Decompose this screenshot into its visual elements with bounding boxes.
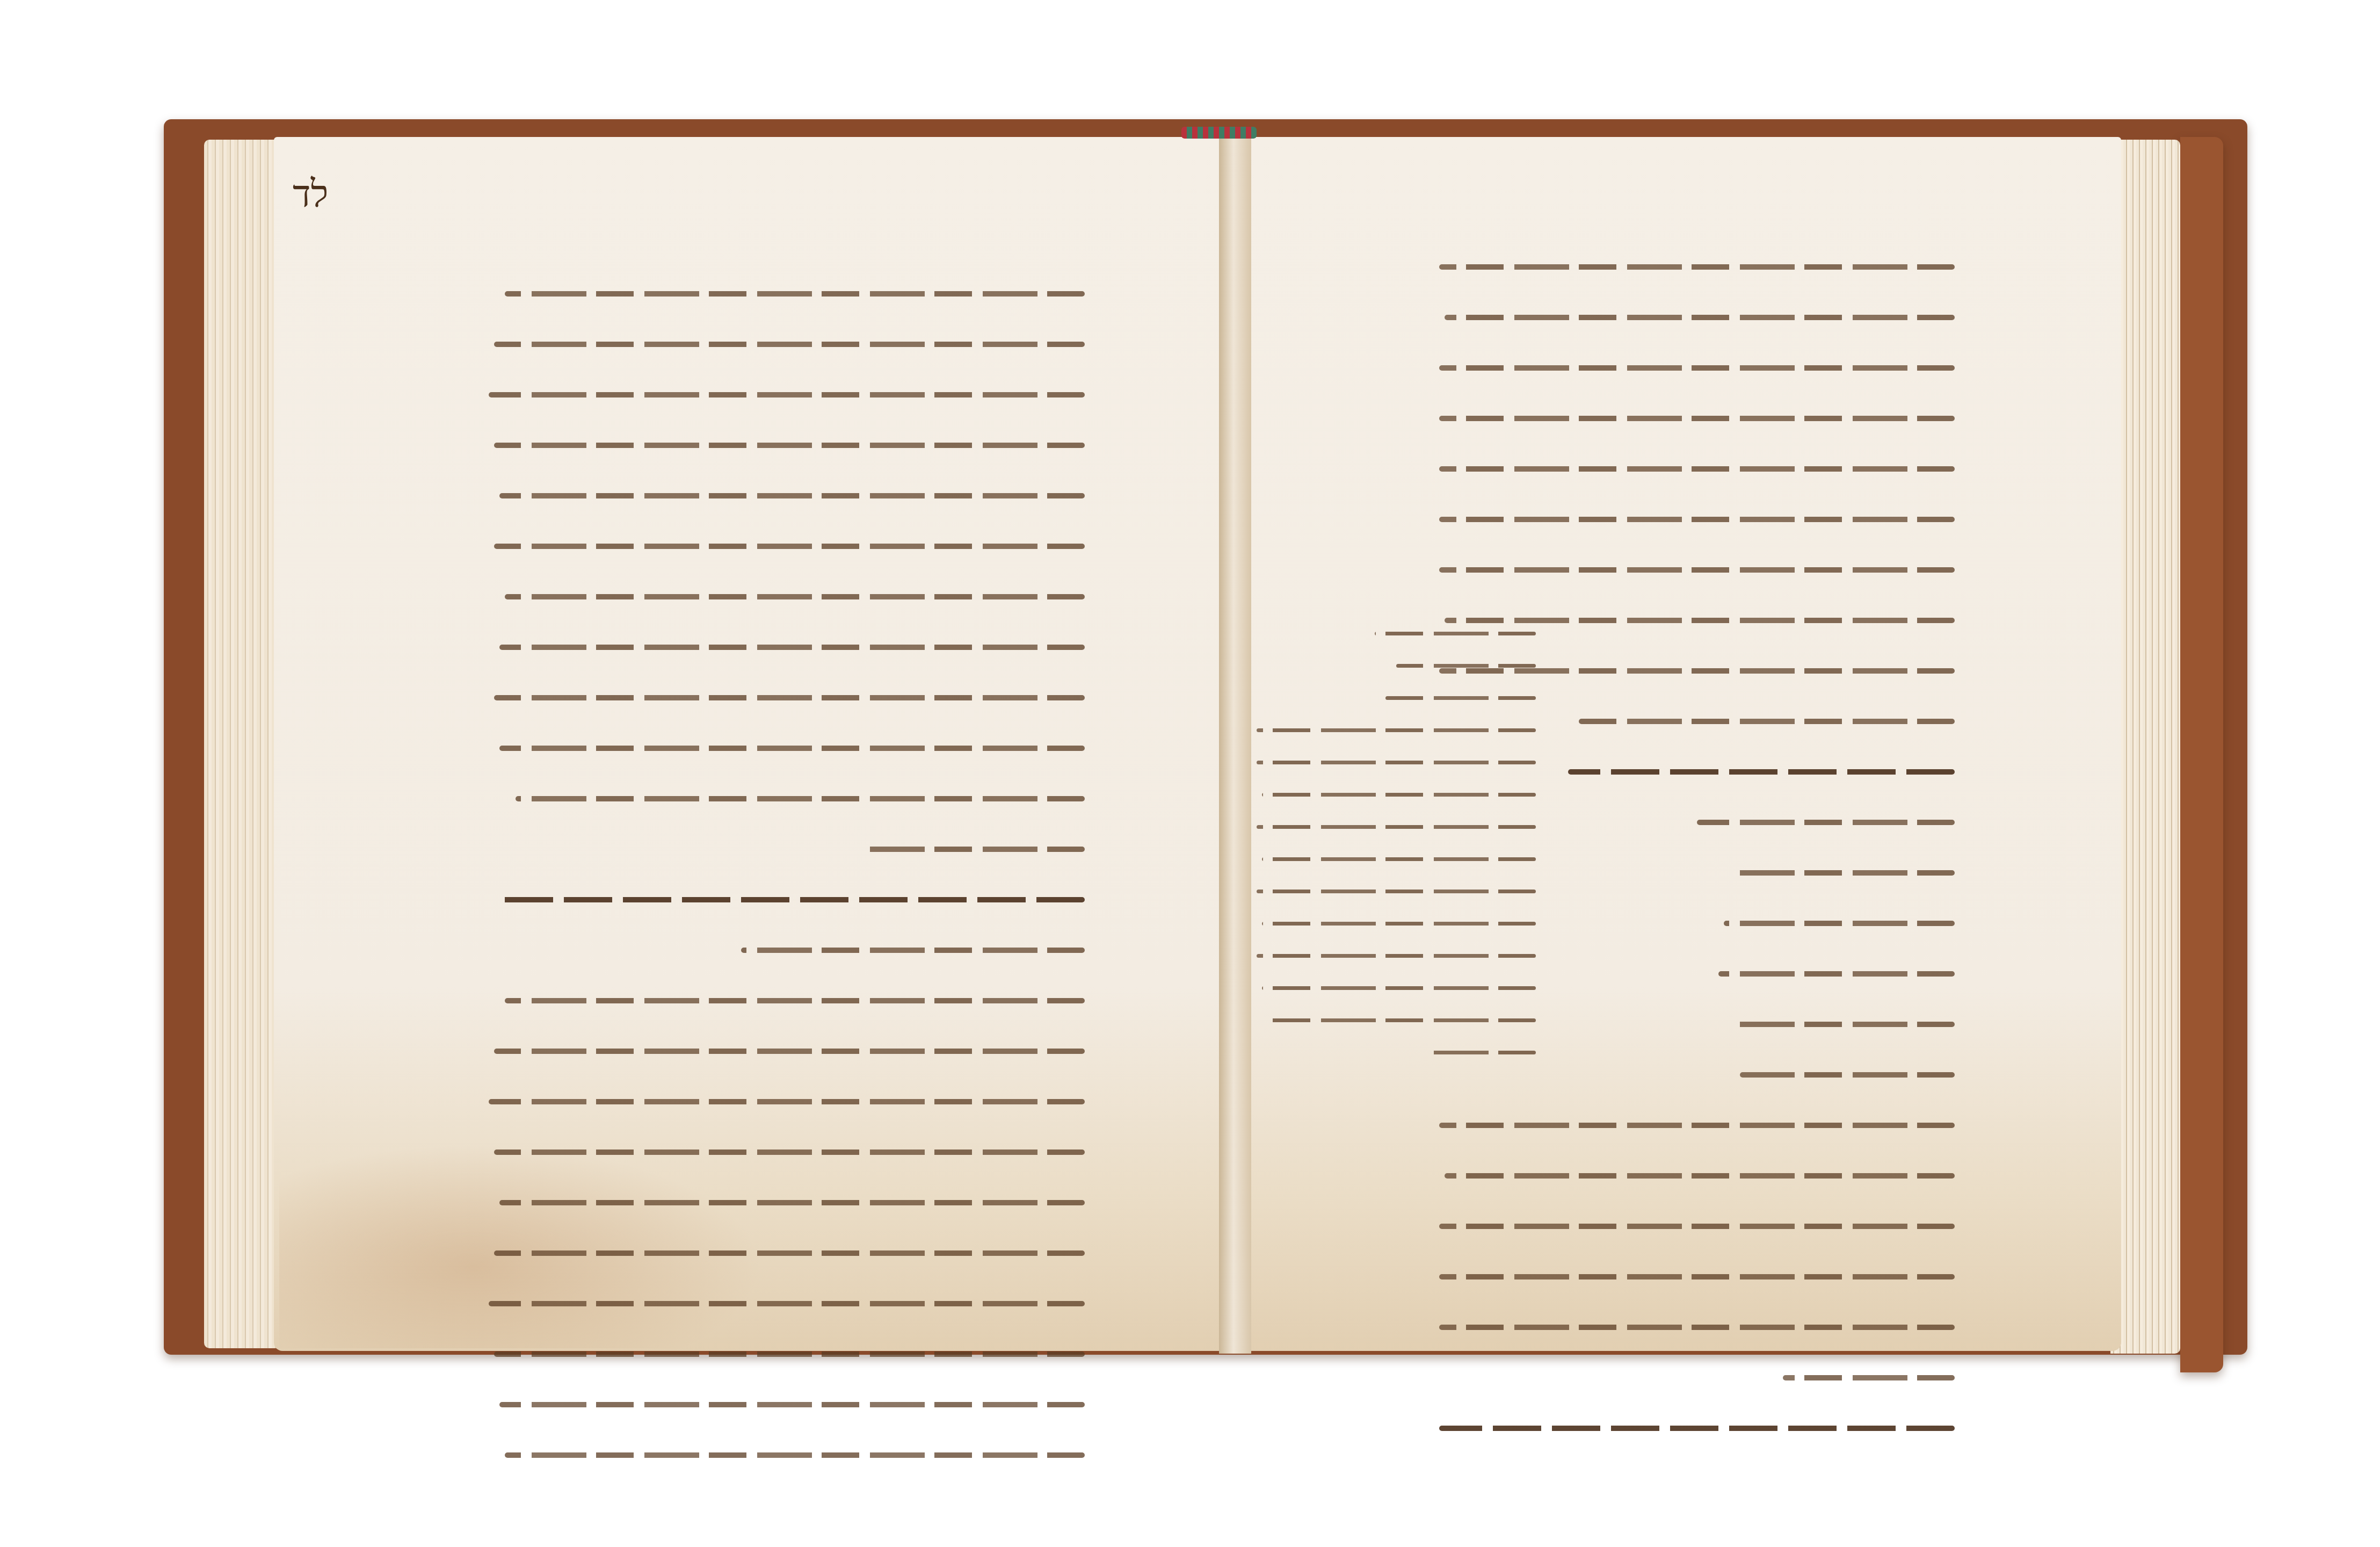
note-line (1246, 752, 1536, 772)
note-line (1246, 978, 1536, 998)
text-line (1418, 1262, 1955, 1291)
text-line (483, 1390, 1085, 1419)
text-line (483, 986, 1085, 1015)
left-page-text (483, 279, 1085, 1491)
text-line (1418, 555, 1955, 584)
text-line (483, 936, 1085, 965)
headband (1181, 127, 1257, 139)
text-line (1418, 303, 1955, 332)
text-line (1418, 1111, 1955, 1140)
text-line (483, 835, 1085, 864)
text-line (483, 279, 1085, 308)
note-line (1246, 1042, 1536, 1062)
text-line (1418, 1313, 1955, 1342)
text-line (483, 1138, 1085, 1167)
text-line (483, 582, 1085, 611)
note-line (1246, 720, 1536, 740)
note-line (1246, 623, 1536, 644)
text-line (483, 1340, 1085, 1369)
text-line (1418, 353, 1955, 382)
note-line (1246, 945, 1536, 966)
text-line (483, 633, 1085, 662)
text-line (483, 1239, 1085, 1268)
cover-edge-right (2180, 137, 2223, 1372)
text-line (1418, 505, 1955, 534)
text-line (483, 784, 1085, 813)
text-line (483, 330, 1085, 359)
folio-number: לד (293, 172, 328, 216)
text-line (483, 734, 1085, 763)
note-line (1246, 655, 1536, 676)
text-line (1418, 454, 1955, 483)
text-line (483, 1188, 1085, 1217)
note-line (1246, 1010, 1536, 1030)
marginal-notes (1246, 623, 1536, 1074)
text-line (1418, 252, 1955, 281)
text-line (1418, 404, 1955, 433)
note-line (1246, 849, 1536, 869)
text-line (483, 1441, 1085, 1470)
section-heading (483, 885, 1085, 914)
text-line (1418, 1212, 1955, 1241)
note-line (1246, 913, 1536, 934)
text-line (1418, 1363, 1955, 1392)
note-line (1246, 816, 1536, 837)
text-line (483, 380, 1085, 409)
text-line (483, 1087, 1085, 1116)
note-line (1246, 688, 1536, 708)
page-edges-left (204, 140, 285, 1348)
text-line (483, 532, 1085, 561)
text-line (483, 683, 1085, 712)
text-line (483, 481, 1085, 510)
note-line (1246, 881, 1536, 901)
note-line (1246, 784, 1536, 805)
text-line (1418, 1161, 1955, 1190)
text-line (483, 1037, 1085, 1066)
text-line (483, 431, 1085, 460)
text-line (483, 1289, 1085, 1318)
section-heading (1418, 1414, 1955, 1443)
